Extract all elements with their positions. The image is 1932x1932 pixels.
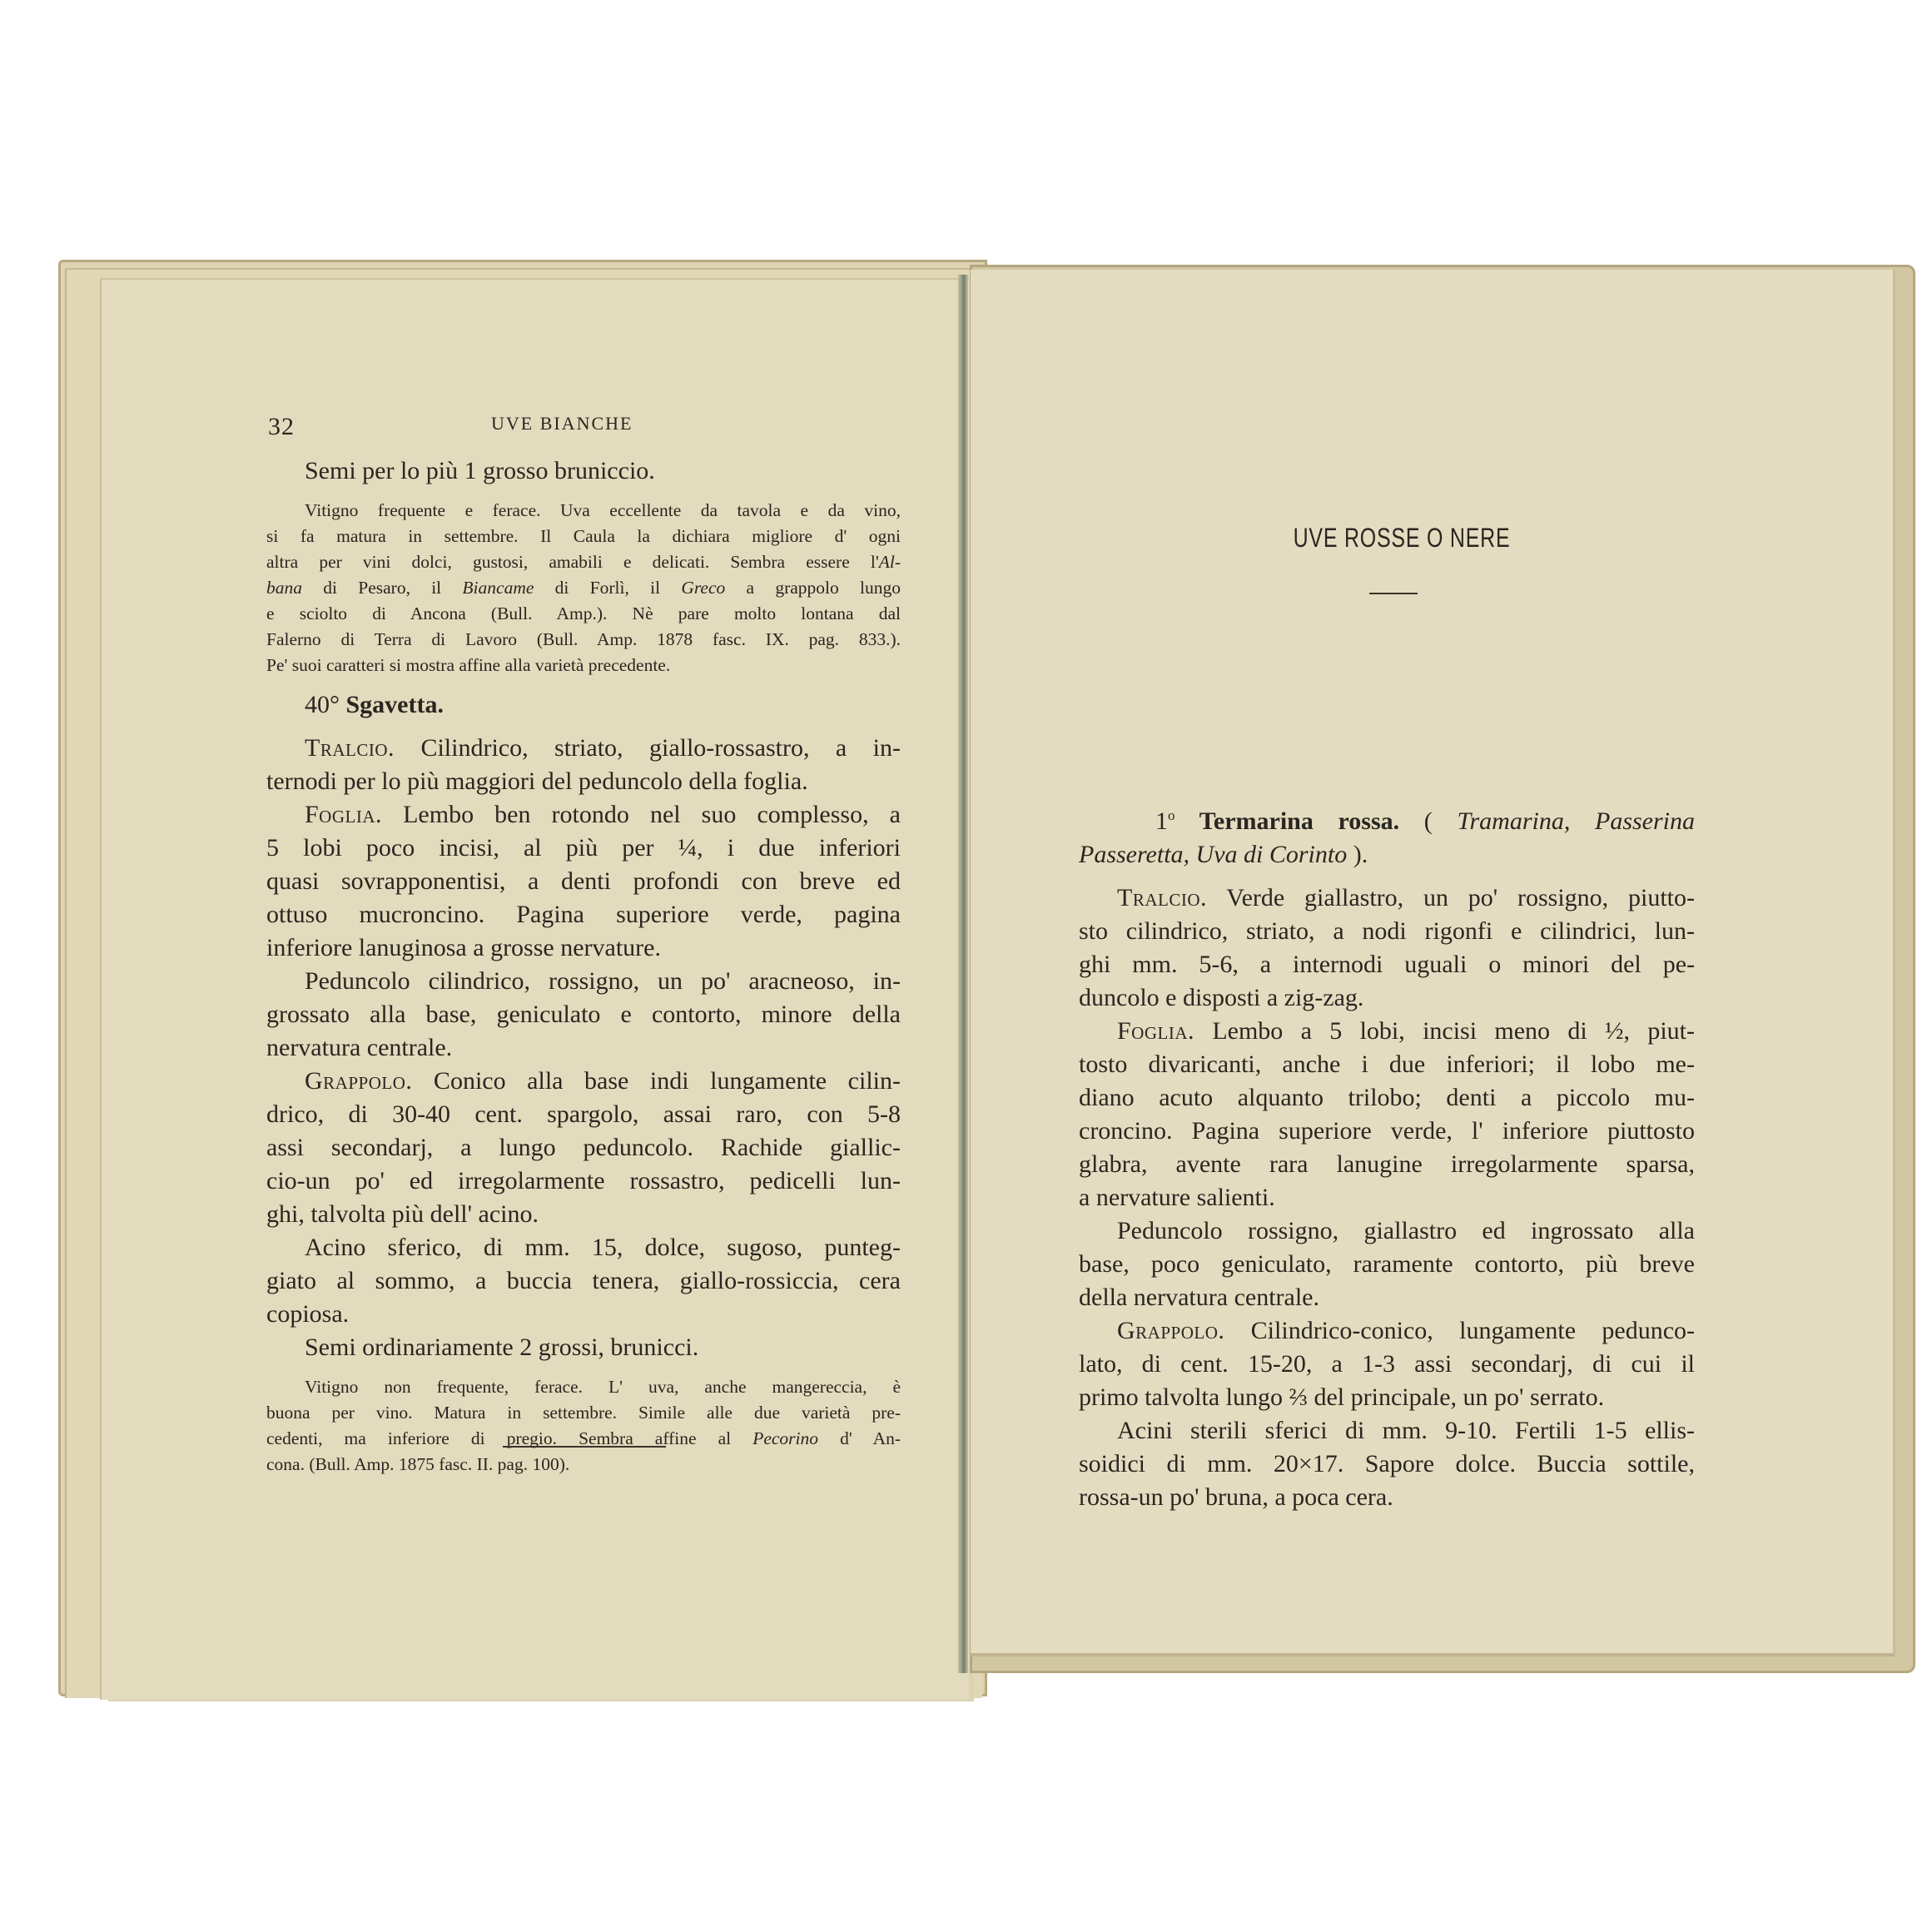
entry-note: Vitigno non frequente, ferace. L' uva, a… — [266, 1374, 901, 1478]
right-page-body: 1o Termarina rossa. ( Tramarina, Passeri… — [1079, 799, 1695, 1514]
running-head: 32 UVE BIANCHE — [268, 413, 901, 446]
peduncolo-paragraph: Peduncolo rossigno, giallastro ed ingros… — [1079, 1214, 1695, 1314]
grappolo-paragraph: Grappolo. Cilindrico-conico, lungamente … — [1079, 1314, 1695, 1414]
grappolo-paragraph: Grappolo. Conico alla base indi lungamen… — [266, 1065, 901, 1231]
tralcio-paragraph: Tralcio. Verde giallastro, un po' rossig… — [1079, 882, 1695, 1015]
previous-entry-note: Vitigno frequente e ferace. Uva eccellen… — [266, 498, 901, 678]
semi-line: Semi per lo più 1 grosso bruniccio. — [266, 454, 901, 488]
chapter-title-rule — [1369, 593, 1418, 594]
foglia-paragraph: Foglia. Lembo a 5 lobi, incisi meno di ½… — [1079, 1015, 1695, 1214]
running-title: UVE BIANCHE — [491, 413, 633, 435]
foglia-paragraph: Foglia. Lembo ben rotondo nel suo comple… — [266, 798, 901, 965]
left-page-body: Semi per lo più 1 grosso bruniccio. Viti… — [266, 454, 901, 1478]
peduncolo-paragraph: Peduncolo cilindrico, rossigno, un po' a… — [266, 965, 901, 1065]
page-number: 32 — [268, 413, 295, 441]
end-of-section-rule — [503, 1446, 666, 1448]
semi-paragraph: Semi ordinariamente 2 grossi, brunicci. — [266, 1331, 901, 1364]
chapter-title: UVE ROSSE O NERE — [1272, 523, 1532, 554]
acino-paragraph: Acino sferico, di mm. 15, dolce, sugoso,… — [266, 1231, 901, 1331]
acini-paragraph: Acini sterili sferici di mm. 9-10. Ferti… — [1079, 1414, 1695, 1514]
entry-heading: 1o Termarina rossa. ( Tramarina, Passeri… — [1079, 799, 1695, 838]
book-spine — [958, 275, 968, 1673]
entry-heading: 40° Sgavetta. — [266, 688, 901, 722]
entry-synonyms: Passeretta, Uva di Corinto ). — [1079, 838, 1695, 872]
tralcio-paragraph: Tralcio. Cilindrico, striato, giallo-ros… — [266, 732, 901, 798]
